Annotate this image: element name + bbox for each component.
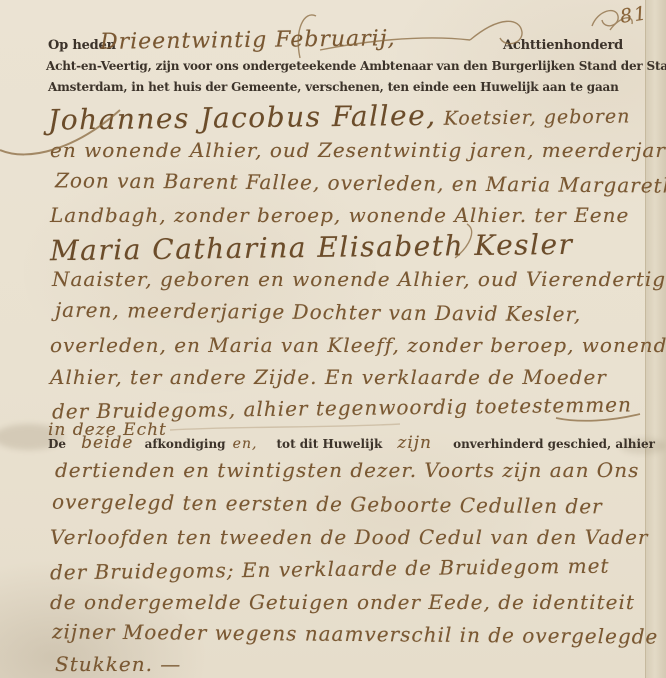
handwritten-line: Zoon van Barent Fallee, overleden, en Ma… [55, 168, 666, 198]
groom-occupation: Koetsier, geboren [436, 105, 630, 129]
printed-line2: Acht-en-Veertig, zijn voor ons ondergete… [46, 59, 666, 73]
printed-afkondiging: afkondiging [145, 437, 226, 451]
handwritten-line: jaren, meerderjarige Dochter van David K… [55, 298, 581, 327]
handwritten-line: overgelegd ten eersten de Geboorte Cedul… [52, 490, 603, 519]
hand-en: en, [233, 436, 258, 452]
flourish-path [170, 424, 400, 430]
printed-line3: Amsterdam, in het huis der Gemeente, ver… [48, 80, 619, 94]
handwritten-line: Stukken. — [55, 652, 181, 676]
hand-beide: beide [81, 433, 133, 453]
handwritten-line: Verloofden ten tweeden de Dood Cedul van… [50, 525, 649, 549]
handwritten-groom-name-line: Johannes Jacobus Fallee, Koetsier, gebor… [48, 96, 631, 136]
handwritten-line: overleden, en Maria van Kleeff, zonder b… [50, 333, 666, 357]
handwritten-line: Naaister, geboren en wonende Alhier, oud… [52, 267, 666, 291]
handwritten-date: Drieentwintig Februarij, [100, 26, 396, 55]
hand-zijn: zijn [397, 433, 432, 453]
printed-onverhinderd: onverhinderd geschied, alhier [453, 437, 655, 451]
folio-number: 81 [618, 2, 649, 28]
handwritten-line: dertienden en twintigsten dezer. Voorts … [55, 458, 639, 482]
handwritten-line: zijner Moeder wegens naamverschil in de … [52, 619, 659, 648]
handwritten-line: der Bruidegoms; En verklaarde de Bruideg… [50, 554, 610, 585]
groom-name: Johannes Jacobus Fallee, [48, 99, 437, 137]
handwritten-line: Landbagh, zonder beroep, wonende Alhier.… [50, 203, 629, 227]
bride-name: Maria Catharina Elisabeth Kesler [50, 228, 574, 267]
printed-achttienhonderd: Achttienhonderd [503, 38, 623, 53]
handwritten-line: de ondergemelde Getuigen onder Eede, de … [50, 590, 635, 614]
flourish-path [592, 11, 618, 26]
printed-de: De [48, 437, 66, 451]
printed-tot-dit-huwelijk: tot dit Huwelijk [277, 437, 383, 451]
handwritten-line: Alhier, ter andere Zijde. En verklaarde … [50, 365, 607, 389]
handwritten-line: en wonende Alhier, oud Zesentwintig jare… [50, 138, 666, 162]
proclamation-line: De beide afkondiging en, tot dit Huwelij… [48, 433, 648, 453]
marriage-record-scan: 81 Op heden Drieentwintig Februarij, Ach… [0, 0, 666, 678]
handwritten-line: der Bruidegoms, alhier tegenwoordig toet… [52, 392, 632, 423]
